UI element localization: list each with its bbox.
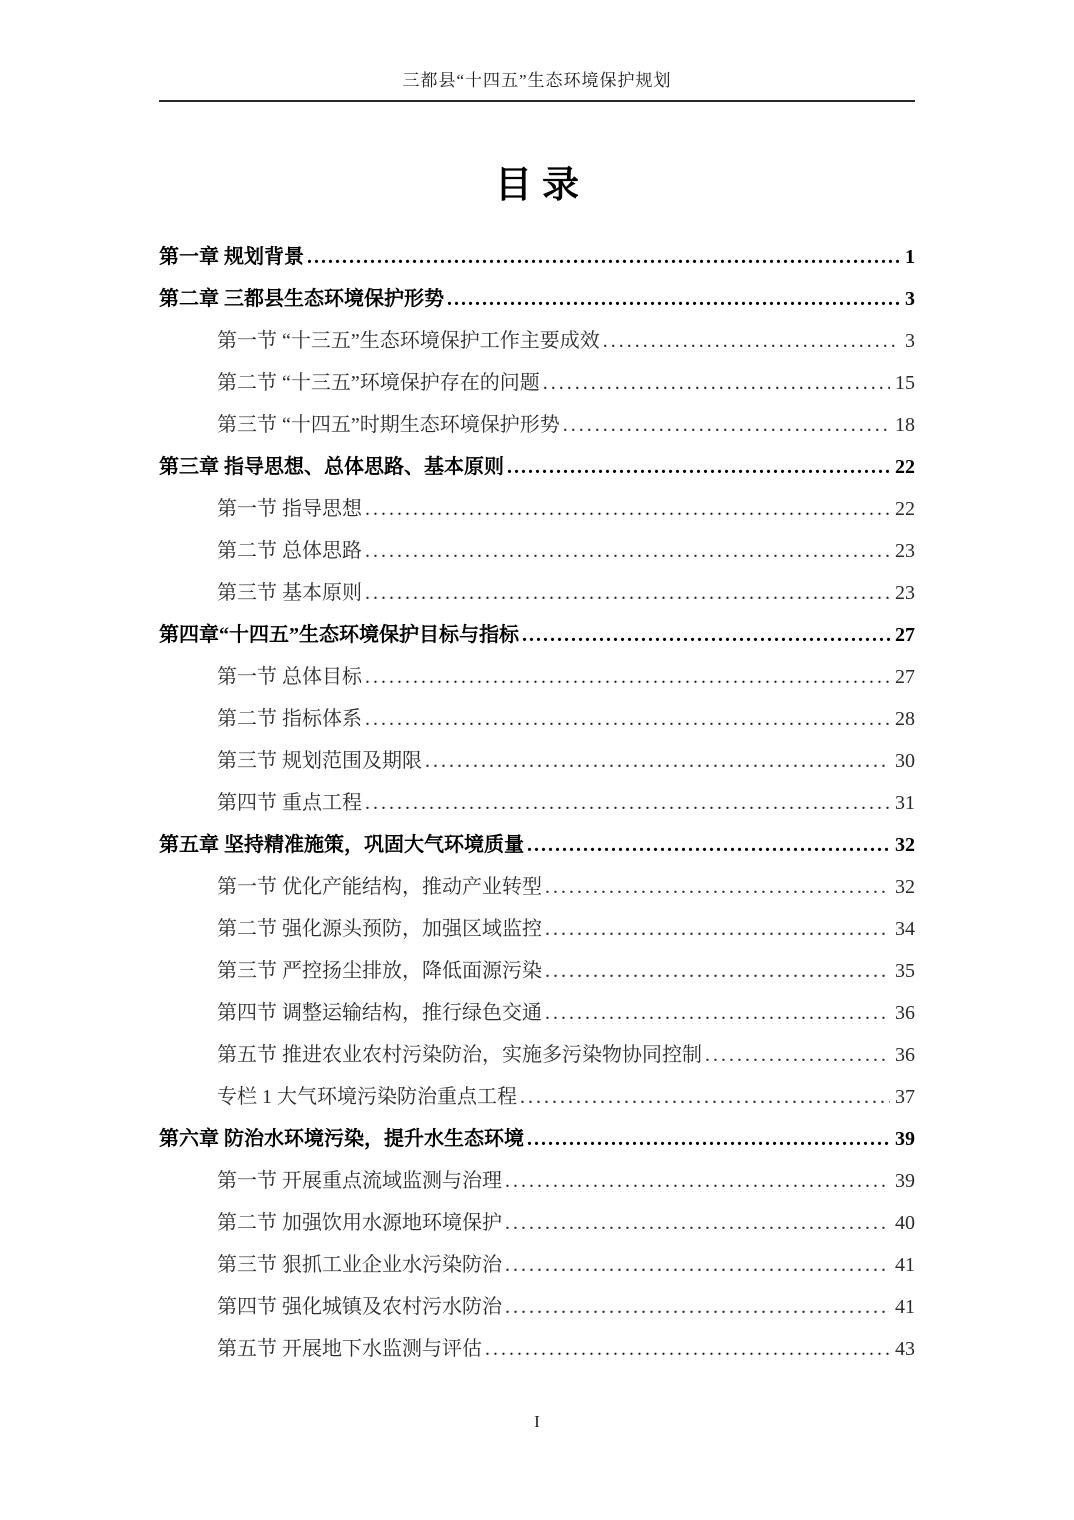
toc-entry-label: 第二节 强化源头预防，加强区域监控 [217, 908, 545, 950]
toc-entry-label: 第三节 严控扬尘排放，降低面源污染 [217, 950, 545, 992]
toc-leader-dots [527, 824, 890, 866]
toc-entry-label: 第三节 基本原则 [217, 572, 365, 614]
toc-entry-section[interactable]: 第三节 规划范围及期限30 [159, 740, 915, 782]
toc-entry-label: 第一节 优化产能结构，推动产业转型 [217, 866, 545, 908]
toc-leader-dots [365, 782, 890, 824]
toc-entry-page: 40 [890, 1202, 915, 1244]
toc-entry-label: 第一节 指导思想 [217, 488, 365, 530]
toc-entry-label: 第五节 推进农业农村污染防治，实施多污染物协同控制 [217, 1034, 705, 1076]
toc-entry-chapter[interactable]: 第四章“十四五”生态环境保护目标与指标27 [159, 614, 915, 656]
toc-entry-label: 第二节 指标体系 [217, 698, 365, 740]
toc-entry-page: 36 [890, 1034, 915, 1076]
toc-entry-label: 第二章 三都县生态环境保护形势 [159, 278, 447, 320]
toc-entry-page: 41 [890, 1244, 915, 1286]
toc-entry-section[interactable]: 第一节 指导思想22 [159, 488, 915, 530]
toc-leader-dots [505, 1244, 890, 1286]
toc-entry-section[interactable]: 第五节 推进农业农村污染防治，实施多污染物协同控制36 [159, 1034, 915, 1076]
toc-entry-page: 30 [890, 740, 915, 782]
toc-entry-section[interactable]: 专栏 1 大气环境污染防治重点工程37 [159, 1076, 915, 1118]
toc-entry-section[interactable]: 第三节 严控扬尘排放，降低面源污染35 [159, 950, 915, 992]
toc-entry-section[interactable]: 第一节 总体目标27 [159, 656, 915, 698]
toc-entry-label: 第六章 防治水环境污染，提升水生态环境 [159, 1118, 527, 1160]
toc-entry-page: 39 [890, 1160, 915, 1202]
toc-list: 第一章 规划背景1第二章 三都县生态环境保护形势3第一节 “十三五”生态环境保护… [159, 236, 915, 1370]
toc-entry-page: 32 [890, 866, 915, 908]
toc-leader-dots [365, 488, 890, 530]
document-page: 三都县“十四五”生态环境保护规划 目录 第一章 规划背景1第二章 三都县生态环境… [0, 0, 1074, 1520]
toc-entry-label: 第二节 总体思路 [217, 530, 365, 572]
toc-leader-dots [543, 362, 890, 404]
toc-entry-chapter[interactable]: 第一章 规划背景1 [159, 236, 915, 278]
toc-entry-section[interactable]: 第二节 “十三五”环境保护存在的问题15 [159, 362, 915, 404]
toc-entry-label: 第一节 总体目标 [217, 656, 365, 698]
toc-entry-label: 专栏 1 大气环境污染防治重点工程 [217, 1076, 520, 1118]
toc-entry-chapter[interactable]: 第五章 坚持精准施策，巩固大气环境质量32 [159, 824, 915, 866]
toc-leader-dots [545, 950, 890, 992]
toc-entry-section[interactable]: 第四节 强化城镇及农村污水防治41 [159, 1286, 915, 1328]
toc-entry-page: 37 [890, 1076, 915, 1118]
toc-entry-chapter[interactable]: 第六章 防治水环境污染，提升水生态环境39 [159, 1118, 915, 1160]
toc-entry-page: 34 [890, 908, 915, 950]
toc-entry-section[interactable]: 第五节 开展地下水监测与评估43 [159, 1328, 915, 1370]
toc-entry-page: 3 [900, 320, 915, 362]
page-title: 目录 [0, 154, 1074, 208]
toc-entry-page: 39 [890, 1118, 915, 1160]
toc-leader-dots [545, 866, 890, 908]
toc-entry-section[interactable]: 第二节 总体思路23 [159, 530, 915, 572]
toc-entry-section[interactable]: 第一节 优化产能结构，推动产业转型32 [159, 866, 915, 908]
toc-leader-dots [505, 1160, 890, 1202]
footer-page-number: I [0, 1412, 1074, 1432]
toc-entry-page: 18 [890, 404, 915, 446]
toc-leader-dots [705, 1034, 890, 1076]
toc-entry-label: 第四节 重点工程 [217, 782, 365, 824]
toc-entry-label: 第二节 加强饮用水源地环境保护 [217, 1202, 505, 1244]
toc-entry-page: 23 [890, 572, 915, 614]
toc-entry-section[interactable]: 第四节 重点工程31 [159, 782, 915, 824]
header-rule [159, 100, 915, 102]
toc-entry-chapter[interactable]: 第三章 指导思想、总体思路、基本原则22 [159, 446, 915, 488]
toc-leader-dots [365, 572, 890, 614]
toc-entry-page: 27 [890, 614, 915, 656]
toc-entry-section[interactable]: 第三节 基本原则23 [159, 572, 915, 614]
page-header: 三都县“十四五”生态环境保护规划 [0, 0, 1074, 102]
toc-leader-dots [507, 446, 890, 488]
toc-leader-dots [545, 992, 890, 1034]
toc-leader-dots [563, 404, 890, 446]
toc-entry-page: 22 [890, 488, 915, 530]
toc-entry-label: 第二节 “十三五”环境保护存在的问题 [217, 362, 543, 404]
toc-entry-page: 3 [900, 278, 915, 320]
toc-leader-dots [447, 278, 900, 320]
toc-leader-dots [520, 1076, 890, 1118]
toc-entry-label: 第五章 坚持精准施策，巩固大气环境质量 [159, 824, 527, 866]
toc-entry-section[interactable]: 第二节 加强饮用水源地环境保护40 [159, 1202, 915, 1244]
toc-leader-dots [545, 908, 890, 950]
toc-leader-dots [505, 1286, 890, 1328]
toc-leader-dots [365, 530, 890, 572]
toc-leader-dots [307, 236, 900, 278]
toc-entry-page: 1 [900, 236, 915, 278]
toc-leader-dots [522, 614, 890, 656]
toc-entry-label: 第一节 开展重点流域监测与治理 [217, 1160, 505, 1202]
toc-entry-section[interactable]: 第二节 强化源头预防，加强区域监控34 [159, 908, 915, 950]
toc-entry-section[interactable]: 第一节 “十三五”生态环境保护工作主要成效3 [159, 320, 915, 362]
toc-entry-page: 31 [890, 782, 915, 824]
toc-entry-page: 41 [890, 1286, 915, 1328]
toc-entry-page: 23 [890, 530, 915, 572]
toc-leader-dots [365, 698, 890, 740]
toc-entry-label: 第三节 “十四五”时期生态环境保护形势 [217, 404, 563, 446]
toc-entry-label: 第三节 狠抓工业企业水污染防治 [217, 1244, 505, 1286]
toc-entry-label: 第四节 强化城镇及农村污水防治 [217, 1286, 505, 1328]
toc-entry-page: 36 [890, 992, 915, 1034]
toc-leader-dots [425, 740, 890, 782]
toc-entry-label: 第四节 调整运输结构，推行绿色交通 [217, 992, 545, 1034]
toc-leader-dots [485, 1328, 890, 1370]
toc-entry-label: 第一节 “十三五”生态环境保护工作主要成效 [217, 320, 603, 362]
toc-entry-page: 22 [890, 446, 915, 488]
toc-leader-dots [505, 1202, 890, 1244]
toc-entry-page: 27 [890, 656, 915, 698]
running-header-title: 三都县“十四五”生态环境保护规划 [0, 70, 1074, 92]
toc-leader-dots [603, 320, 900, 362]
toc-entry-label: 第一章 规划背景 [159, 236, 307, 278]
toc-entry-page: 28 [890, 698, 915, 740]
toc-entry-section[interactable]: 第三节 “十四五”时期生态环境保护形势18 [159, 404, 915, 446]
toc-leader-dots [365, 656, 890, 698]
toc-entry-section[interactable]: 第二节 指标体系28 [159, 698, 915, 740]
toc-entry-label: 第四章“十四五”生态环境保护目标与指标 [159, 614, 522, 656]
toc-leader-dots [527, 1118, 890, 1160]
toc-entry-page: 35 [890, 950, 915, 992]
toc-entry-page: 43 [890, 1328, 915, 1370]
toc-entry-chapter[interactable]: 第二章 三都县生态环境保护形势3 [159, 278, 915, 320]
toc-entry-label: 第三节 规划范围及期限 [217, 740, 425, 782]
toc-entry-label: 第五节 开展地下水监测与评估 [217, 1328, 485, 1370]
toc-entry-page: 32 [890, 824, 915, 866]
toc-entry-label: 第三章 指导思想、总体思路、基本原则 [159, 446, 507, 488]
toc-entry-section[interactable]: 第四节 调整运输结构，推行绿色交通36 [159, 992, 915, 1034]
toc-entry-section[interactable]: 第三节 狠抓工业企业水污染防治41 [159, 1244, 915, 1286]
toc-entry-page: 15 [890, 362, 915, 404]
toc-entry-section[interactable]: 第一节 开展重点流域监测与治理39 [159, 1160, 915, 1202]
